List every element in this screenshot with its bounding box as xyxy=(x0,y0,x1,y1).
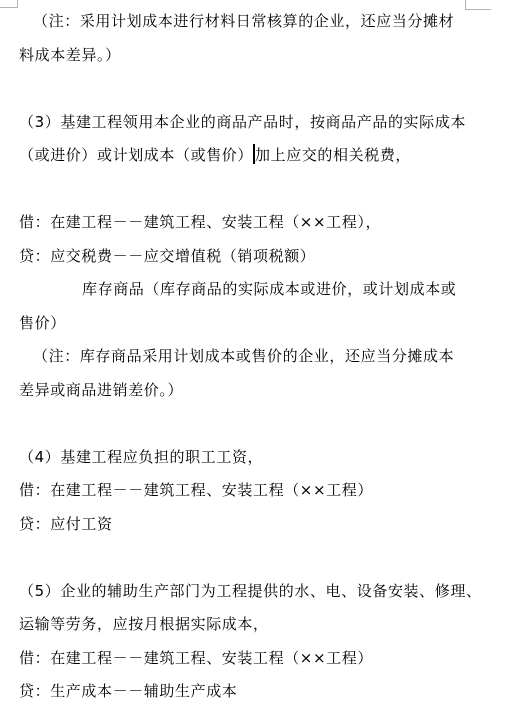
document-text-area[interactable]: （注：采用计划成本进行材料日常核算的企业，还应当分摊材 料成本差异。） （3）基… xyxy=(19,5,479,709)
text-line[interactable]: （4）基建工程应负担的职工工资， xyxy=(19,441,479,475)
blank-line[interactable] xyxy=(19,541,479,575)
text-line[interactable]: 售价） xyxy=(19,307,479,341)
text-line[interactable]: （5）企业的辅助生产部门为工程提供的水、电、设备安装、修理、 xyxy=(19,575,479,609)
text-line[interactable]: 差异或商品进销差价。） xyxy=(19,374,479,408)
text-after-caret: 加上应交的相关税费， xyxy=(255,146,411,164)
text-line[interactable]: （3）基建工程领用本企业的商品产品时，按商品产品的实际成本 xyxy=(19,106,479,140)
text-line[interactable]: （注：库存商品采用计划成本或售价的企业，还应当分摊成本 xyxy=(19,340,479,374)
crop-mark-top-left-horizontal xyxy=(0,7,18,8)
text-line[interactable]: 库存商品（库存商品的实际成本或进价，或计划成本或 xyxy=(19,273,479,307)
text-line[interactable]: 借：在建工程－－建筑工程、安装工程（××工程） xyxy=(19,474,479,508)
text-line[interactable]: 运输等劳务，应按月根据实际成本， xyxy=(19,608,479,642)
text-line[interactable]: 借：在建工程－－建筑工程、安装工程（××工程）， xyxy=(19,206,479,240)
text-line[interactable]: 贷：应交税费－－应交增值税（销项税额） xyxy=(19,240,479,274)
text-before-caret: （或进价）或计划成本（或售价） xyxy=(19,146,253,164)
text-line[interactable]: 借：在建工程－－建筑工程、安装工程（××工程） xyxy=(19,642,479,676)
blank-line[interactable] xyxy=(19,407,479,441)
blank-line[interactable] xyxy=(19,72,479,106)
text-line[interactable]: 贷：生产成本－－辅助生产成本 xyxy=(19,675,479,709)
document-page[interactable]: （注：采用计划成本进行材料日常核算的企业，还应当分摊材 料成本差异。） （3）基… xyxy=(0,0,514,714)
text-line[interactable]: （注：采用计划成本进行材料日常核算的企业，还应当分摊材 xyxy=(19,5,479,39)
text-line-with-caret[interactable]: （或进价）或计划成本（或售价）加上应交的相关税费， xyxy=(19,139,479,173)
text-line[interactable]: 料成本差异。） xyxy=(19,39,479,73)
text-line[interactable]: 贷：应付工资 xyxy=(19,508,479,542)
crop-mark-top-left-vertical xyxy=(17,0,18,8)
blank-line[interactable] xyxy=(19,173,479,207)
